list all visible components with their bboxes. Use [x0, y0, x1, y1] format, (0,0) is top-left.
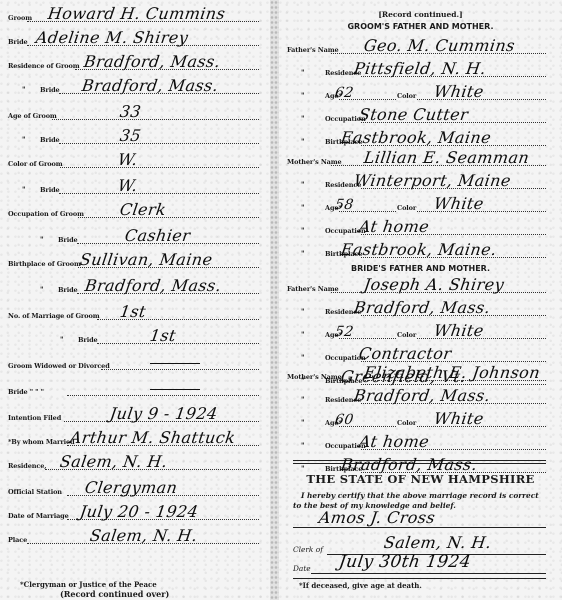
handwritten-value: Elizabeth E. Johnson: [363, 363, 542, 382]
ditto-mark: ": [301, 418, 305, 427]
field-label: Place: [8, 536, 27, 544]
field-label: Bride: [40, 136, 60, 144]
field-label: Residence,: [8, 462, 46, 470]
handwritten-value: At home: [358, 432, 431, 451]
handwritten-value: Bradford, Mass.: [84, 276, 223, 295]
handwritten-value: Bradford, Mass.: [83, 52, 222, 71]
parent-field-occupation: "OccupationAt home: [279, 432, 562, 452]
handwritten-value: Arthur M. Shattuck: [69, 428, 237, 447]
record-field: BrideAdeline M. Shirey: [0, 28, 277, 48]
deceased-footnote: *If deceased, give age at death.: [299, 581, 422, 590]
record-field: Residence,Salem, N. H.: [0, 452, 277, 472]
handwritten-value: Howard H. Cummins: [47, 4, 227, 23]
record-field: "BrideBradford, Mass.: [0, 76, 277, 96]
handwritten-value: Adeline M. Shirey: [35, 28, 190, 47]
field-label: *By whom Married: [8, 438, 75, 446]
handwritten-value: Geo. M. Cummins: [363, 36, 517, 55]
parent-field-birthplace: "BirthplaceBradford, Mass.: [279, 455, 562, 475]
record-field: PlaceSalem, N. H.: [0, 526, 277, 546]
handwritten-value: Pittsfield, N. H.: [353, 59, 488, 78]
handwritten-color: White: [433, 321, 485, 340]
ditto-mark: ": [60, 335, 64, 344]
record-field: Date of MarriageJuly 20 - 1924: [0, 502, 277, 522]
parent-field-occupation: "OccupationStone Cutter: [279, 105, 562, 125]
record-field: "Bride1st: [0, 326, 277, 346]
handwritten-value: Sullivan, Maine: [79, 250, 214, 269]
handwritten-value: Cashier: [124, 226, 192, 245]
ditto-mark: ": [22, 185, 26, 194]
field-label: Birthplace of Groom: [8, 260, 81, 268]
field-label: Bride: [8, 38, 28, 46]
bride-parents-heading: BRIDE'S FATHER AND MOTHER.: [279, 264, 562, 273]
parent-field-name: Mother's NameLillian E. Seamman: [279, 148, 562, 168]
record-field: "BrideW.: [0, 176, 277, 196]
ditto-mark: ": [301, 68, 305, 77]
ditto-mark: ": [301, 249, 305, 258]
handwritten-color: White: [433, 409, 485, 428]
handwritten-value: W.: [117, 176, 139, 195]
fill-line: [59, 193, 260, 194]
handwritten-value: 33: [119, 102, 143, 121]
handwritten-value: 52: [334, 324, 355, 340]
handwritten-value: Clerk: [119, 200, 168, 219]
certification-date: July 30th 1924: [338, 552, 473, 572]
ditto-mark: ": [301, 395, 305, 404]
record-field: Residence of GroomBradford, Mass.: [0, 52, 277, 72]
record-front-page: GroomHoward H. CumminsBrideAdeline M. Sh…: [0, 0, 277, 600]
handwritten-value: Stone Cutter: [358, 105, 470, 124]
parent-field-name: Father's NameGeo. M. Cummins: [279, 36, 562, 56]
ditto-mark: ": [301, 180, 305, 189]
record-continued-over: (Record continued over): [60, 589, 169, 599]
fill-line: [59, 143, 260, 144]
clerk-of-town: Salem, N. H.: [383, 533, 493, 552]
handwritten-value: Contractor: [358, 344, 453, 363]
ditto-mark: ": [301, 203, 305, 212]
parent-field-age: "Age*52ColorWhite: [279, 321, 562, 341]
fill-line: [67, 395, 259, 396]
field-label: Official Station: [8, 488, 62, 496]
parent-field-name: Father's NameJoseph A. Shirey: [279, 275, 562, 295]
record-field: Occupation of GroomClerk: [0, 200, 277, 220]
handwritten-value: Salem, N. H.: [59, 452, 169, 471]
field-label: Groom Widowed or Divorced: [8, 362, 110, 370]
handwritten-value: July 20 - 1924: [79, 502, 200, 521]
ditto-mark: ": [301, 137, 305, 146]
field-label: Bride: [78, 336, 98, 344]
field-label: Color of Groom: [8, 160, 63, 168]
ditto-mark: ": [22, 135, 26, 144]
ditto-mark: ": [40, 285, 44, 294]
handwritten-value: Eastbrook, Maine.: [340, 240, 498, 259]
color-label: Color: [397, 92, 416, 100]
parent-field-age: "Age*60ColorWhite: [279, 409, 562, 429]
ditto-mark: ": [301, 330, 305, 339]
handwritten-value: July 9 - 1924: [109, 404, 219, 423]
parent-field-occupation: "OccupationAt home: [279, 217, 562, 237]
handwritten-value: Joseph A. Shirey: [363, 275, 506, 294]
handwritten-value: Bradford, Mass.: [340, 455, 479, 474]
field-label: Residence of Groom: [8, 62, 80, 70]
record-field: Birthplace of GroomSullivan, Maine: [0, 250, 277, 270]
handwritten-value: Clergyman: [84, 478, 179, 497]
parent-field-age: "Age*58ColorWhite: [279, 194, 562, 214]
parent-field-birthplace: "BirthplaceEastbrook, Maine.: [279, 240, 562, 260]
clergyman-footnote: *Clergyman or Justice of the Peace: [20, 580, 157, 589]
field-label: Bride: [58, 236, 78, 244]
ditto-mark: ": [22, 85, 26, 94]
field-label: Date of Marriage: [8, 512, 69, 520]
fill-line: [60, 167, 259, 168]
clerk-of-label: Clerk of: [293, 545, 323, 554]
parent-field-residence: "ResidenceWinterport, Maine: [279, 171, 562, 191]
handwritten-value: W.: [117, 150, 139, 169]
handwritten-value: Winterport, Maine: [353, 171, 513, 190]
handwritten-value: 60: [334, 412, 355, 428]
record-field: No. of Marriage of Groom1st: [0, 302, 277, 322]
record-field: GroomHoward H. Cummins: [0, 4, 277, 24]
fill-line: [78, 217, 259, 218]
handwritten-value: Salem, N. H.: [89, 526, 199, 545]
record-field: Bride " " ": [0, 378, 277, 398]
handwritten-value: [150, 389, 200, 390]
ditto-mark: ": [301, 353, 305, 362]
ditto-mark: ": [40, 235, 44, 244]
record-field: Age of Groom33: [0, 102, 277, 122]
parent-field-name: Mother's NameElizabeth E. Johnson: [279, 363, 562, 383]
field-label: Intention Filed: [8, 414, 61, 422]
record-field: Groom Widowed or Divorced: [0, 352, 277, 372]
field-label: Bride: [40, 86, 60, 94]
handwritten-value: [150, 363, 200, 364]
handwritten-value: Lillian E. Seamman: [363, 148, 531, 167]
record-field: "BrideCashier: [0, 226, 277, 246]
handwritten-value: 1st: [119, 302, 148, 321]
handwritten-value: 62: [334, 85, 355, 101]
ditto-mark: ": [301, 226, 305, 235]
fill-line: [52, 119, 259, 120]
record-continued-page: [Record continued.] GROOM'S FATHER AND M…: [279, 0, 562, 600]
handwritten-value: Eastbrook, Maine: [340, 128, 493, 147]
parent-field-birthplace: "BirthplaceEastbrook, Maine: [279, 128, 562, 148]
field-label: Age of Groom: [8, 112, 57, 120]
handwritten-color: White: [433, 82, 485, 101]
record-field: Official StationClergyman: [0, 478, 277, 498]
field-label: No. of Marriage of Groom: [8, 312, 99, 320]
ditto-mark: ": [301, 307, 305, 316]
record-field: Intention FiledJuly 9 - 1924: [0, 404, 277, 424]
parent-field-residence: "ResidenceBradford, Mass.: [279, 386, 562, 406]
field-label: Bride " " ": [8, 388, 44, 396]
record-field: "BrideBradford, Mass.: [0, 276, 277, 296]
clerk-signature: Amos J. Cross: [318, 508, 437, 527]
fill-line: [101, 369, 260, 370]
parent-field-age: "Age*62ColorWhite: [279, 82, 562, 102]
ditto-mark: ": [301, 91, 305, 100]
field-label: Occupation of Groom: [8, 210, 84, 218]
handwritten-value: Bradford, Mass.: [81, 76, 220, 95]
record-field: *By whom MarriedArthur M. Shattuck: [0, 428, 277, 448]
handwritten-value: At home: [358, 217, 431, 236]
handwritten-value: Bradford, Mass.: [353, 298, 492, 317]
handwritten-value: 1st: [149, 326, 178, 345]
handwritten-value: Bradford, Mass.: [353, 386, 492, 405]
parent-field-residence: "ResidencePittsfield, N. H.: [279, 59, 562, 79]
field-label: Bride: [58, 286, 78, 294]
color-label: Color: [397, 204, 416, 212]
ditto-mark: ": [301, 441, 305, 450]
record-field: Color of GroomW.: [0, 150, 277, 170]
ditto-mark: ": [301, 114, 305, 123]
record-continued-header: [Record continued.]: [279, 10, 562, 19]
parent-field-occupation: "OccupationContractor: [279, 344, 562, 364]
parent-field-residence: "ResidenceBradford, Mass.: [279, 298, 562, 318]
groom-parents-heading: GROOM'S FATHER AND MOTHER.: [279, 22, 562, 31]
handwritten-color: White: [433, 194, 485, 213]
handwritten-value: 35: [119, 126, 143, 145]
ditto-mark: ": [301, 464, 305, 473]
record-field: "Bride35: [0, 126, 277, 146]
color-label: Color: [397, 331, 416, 339]
handwritten-value: 58: [334, 197, 355, 213]
date-label: Date: [293, 564, 311, 573]
color-label: Color: [397, 419, 416, 427]
fill-line: [97, 343, 260, 344]
field-label: Bride: [40, 186, 60, 194]
